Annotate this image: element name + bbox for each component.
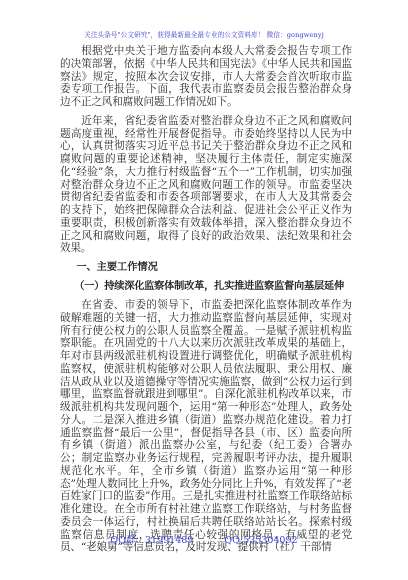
subsection-heading: （一）持续深化监察体制改革，扎实推进监察监督向基层延伸 — [60, 280, 352, 293]
contact-footer: QQ群：31991489 QQ:535304092 — [0, 532, 408, 546]
background-paragraph: 近年来，省纪委省监委对整治群众身边不正之风和腐败问题高度重视，经常性开展督促指导… — [60, 115, 352, 255]
section-heading: 一、主要工作情况 — [60, 261, 352, 274]
qq-number-text: QQ:535304092 — [224, 535, 297, 546]
promo-banner: 关注头条号"公文研究"，获得最新最全最专业的公文资料库！ 微信：gongweny… — [0, 29, 408, 39]
body-paragraph: 在省委、市委的领导下，市监委把深化监察体制改革作为破解难题的关键一招，大力推动监… — [60, 299, 352, 554]
intro-paragraph: 根据党中央关于地方监委向本级人大常委会报告专项工作的决策部署，依据《中华人民共和… — [60, 45, 352, 109]
document-page: 根据党中央关于地方监委向本级人大常委会报告专项工作的决策部署，依据《中华人民共和… — [60, 45, 352, 554]
qq-group-text: QQ群：31991489 — [110, 532, 193, 546]
